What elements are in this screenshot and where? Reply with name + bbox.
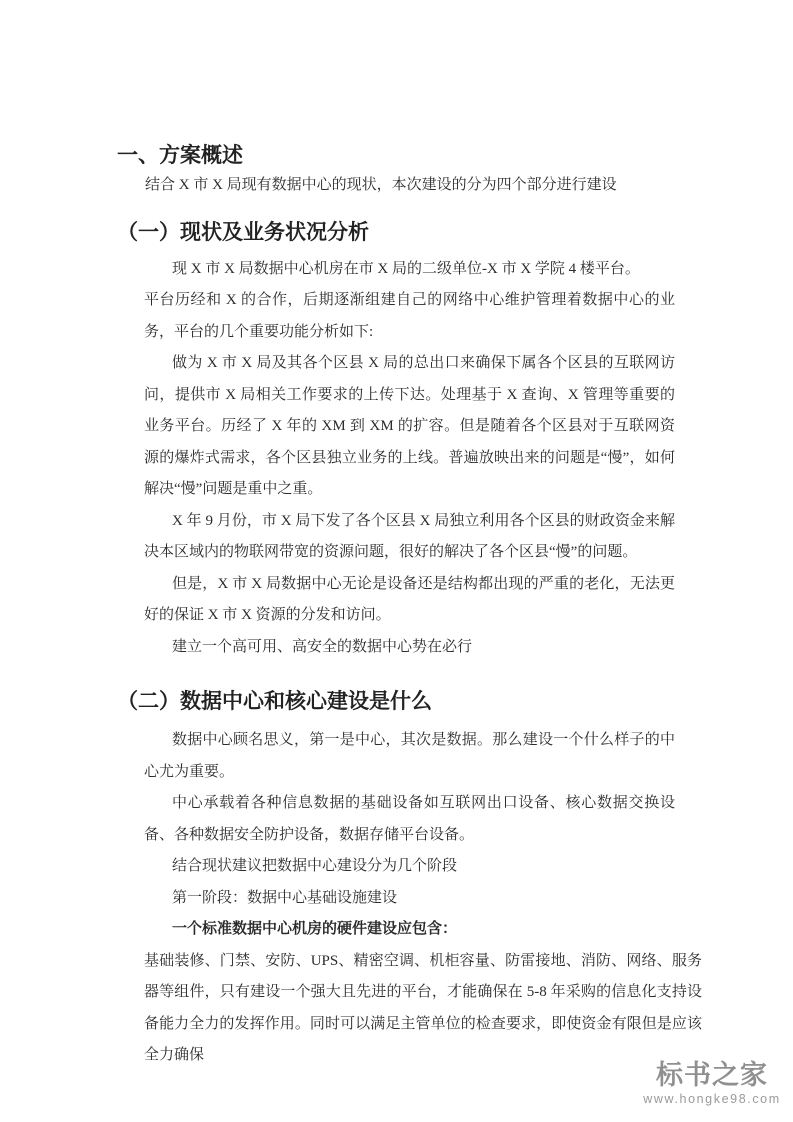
paragraph: 平台历经和 X 的合作，后期逐渐组建自己的网络中心维护管理着数据中心的业务，平台… <box>144 285 675 348</box>
watermark-url: www.hongke98.com <box>633 1092 791 1107</box>
paragraph: 结合现状建议把数据中心建设分为几个阶段 <box>144 851 675 883</box>
paragraph: 中心承载着各种信息数据的基础设备如互联网出口设备、核心数据交换设备、各种数据安全… <box>144 788 675 851</box>
section-1-body: 现 X 市 X 局数据中心机房在市 X 局的二级单位-X 市 X 学院 4 楼平… <box>144 254 675 664</box>
paragraph: X 年 9 月份，市 X 局下发了各个区县 X 局独立利用各个区县的财政资金来解… <box>144 506 675 569</box>
document-content: 一、方案概述 结合 X 市 X 局现有数据中心的现状，本次建设的分为四个部分进行… <box>117 0 675 1072</box>
paragraph: 数据中心顾名思义，第一是中心，其次是数据。那么建设一个什么样子的中心尤为重要。 <box>144 725 675 788</box>
watermark: 标书之家 www.hongke98.com <box>633 1060 791 1107</box>
paragraph: 做为 X 市 X 局及其各个区县 X 局的总出口来确保下属各个区县的互联网访问，… <box>144 348 675 506</box>
intro-paragraph: 结合 X 市 X 局现有数据中心的现状，本次建设的分为四个部分进行建设 <box>117 170 648 202</box>
paragraph: 基础装修、门禁、安防、UPS、精密空调、机柜容量、防雷接地、消防、网络、服务器等… <box>144 946 702 1072</box>
watermark-brand-logo: 标书之家 <box>633 1060 791 1091</box>
paragraph: 第一阶段：数据中心基础设施建设 <box>144 883 675 915</box>
paragraph: 现 X 市 X 局数据中心机房在市 X 局的二级单位-X 市 X 学院 4 楼平… <box>144 254 675 286</box>
paragraph: 建立一个高可用、高安全的数据中心势在必行 <box>144 632 675 664</box>
bold-lead-in-paragraph: 一个标准数据中心机房的硬件建设应包含： <box>144 914 675 946</box>
document-page: 一、方案概述 结合 X 市 X 局现有数据中心的现状，本次建设的分为四个部分进行… <box>0 0 793 1122</box>
section-2-body: 数据中心顾名思义，第一是中心，其次是数据。那么建设一个什么样子的中心尤为重要。 … <box>144 725 675 1072</box>
paragraph: 但是，X 市 X 局数据中心无论是设备还是结构都出现的严重的老化，无法更好的保证… <box>144 569 675 632</box>
chapter-heading: 一、方案概述 <box>117 140 675 170</box>
section-heading-1: （一）现状及业务状况分析 <box>117 216 675 248</box>
section-heading-2: （二）数据中心和核心建设是什么 <box>117 685 675 717</box>
